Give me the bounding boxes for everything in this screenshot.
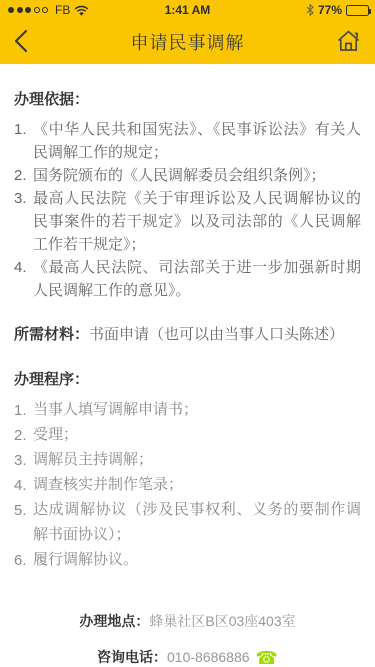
phone-label: 咨询电话：	[97, 649, 167, 665]
list-item: 《最高人民法院、司法部关于进一步加强新时期人民调解工作的意见》。	[14, 256, 361, 302]
carrier-label: FB	[55, 3, 70, 17]
back-button[interactable]	[14, 26, 46, 58]
phone-value: 010-8686886	[167, 649, 250, 665]
materials-label: 所需材料：	[14, 326, 89, 343]
nav-bar: 申请民事调解	[0, 20, 375, 64]
battery-percent-label: 77%	[318, 3, 342, 17]
section-basis: 办理依据： 《中华人民共和国宪法》、《民事诉讼法》有关人民调解工作的规定；国务院…	[14, 88, 361, 302]
location-value: 蜂巢社区B区03座403室	[149, 613, 295, 629]
wifi-icon	[74, 5, 89, 16]
basis-list: 《中华人民共和国宪法》、《民事诉讼法》有关人民调解工作的规定；国务院颁布的《人民…	[14, 118, 361, 302]
footer-info: 办理地点：蜂巢社区B区03座403室 咨询电话：010-8686886☎	[14, 611, 361, 667]
page-title: 申请民事调解	[0, 29, 375, 55]
list-item: 达成调解协议（涉及民事权利、义务的要制作调解书面协议）；	[14, 498, 361, 548]
list-item: 履行调解协议。	[14, 548, 361, 573]
list-item: 国务院颁布的《人民调解委员会组织条例》；	[14, 164, 361, 187]
cell-signal-icon	[8, 7, 48, 13]
content-area: 办理依据： 《中华人民共和国宪法》、《民事诉讼法》有关人民调解工作的规定；国务院…	[0, 64, 375, 667]
procedure-heading: 办理程序：	[14, 368, 361, 389]
home-button[interactable]	[329, 26, 361, 58]
home-icon	[336, 29, 361, 56]
chevron-left-icon	[14, 29, 28, 56]
procedure-list: 当事人填写调解申请书；受理；调解员主持调解；调查核实并制作笔录；达成调解协议（涉…	[14, 398, 361, 573]
battery-icon	[346, 5, 369, 16]
list-item: 受理；	[14, 423, 361, 448]
phone-line: 咨询电话：010-8686886☎	[14, 647, 361, 667]
section-procedure: 办理程序： 当事人填写调解申请书；受理；调解员主持调解；调查核实并制作笔录；达成…	[14, 368, 361, 573]
basis-heading: 办理依据：	[14, 88, 361, 109]
app-header: 1:41 AM FB	[0, 0, 375, 64]
status-bar: 1:41 AM FB	[0, 0, 375, 20]
list-item: 调解员主持调解；	[14, 448, 361, 473]
location-line: 办理地点：蜂巢社区B区03座403室	[14, 611, 361, 631]
list-item: 当事人填写调解申请书；	[14, 398, 361, 423]
materials-line: 所需材料：书面申请（也可以由当事人口头陈述）	[14, 324, 361, 346]
list-item: 调查核实并制作笔录；	[14, 473, 361, 498]
list-item: 最高人民法院《关于审理诉讼及人民调解协议的民事案件的若干规定》以及司法部的《人民…	[14, 187, 361, 256]
list-item: 《中华人民共和国宪法》、《民事诉讼法》有关人民调解工作的规定；	[14, 118, 361, 164]
phone-icon[interactable]: ☎	[256, 648, 278, 667]
app-screen: 1:41 AM FB	[0, 0, 375, 667]
bluetooth-icon	[306, 4, 314, 16]
materials-value: 书面申请（也可以由当事人口头陈述）	[89, 326, 344, 343]
location-label: 办理地点：	[79, 613, 149, 629]
